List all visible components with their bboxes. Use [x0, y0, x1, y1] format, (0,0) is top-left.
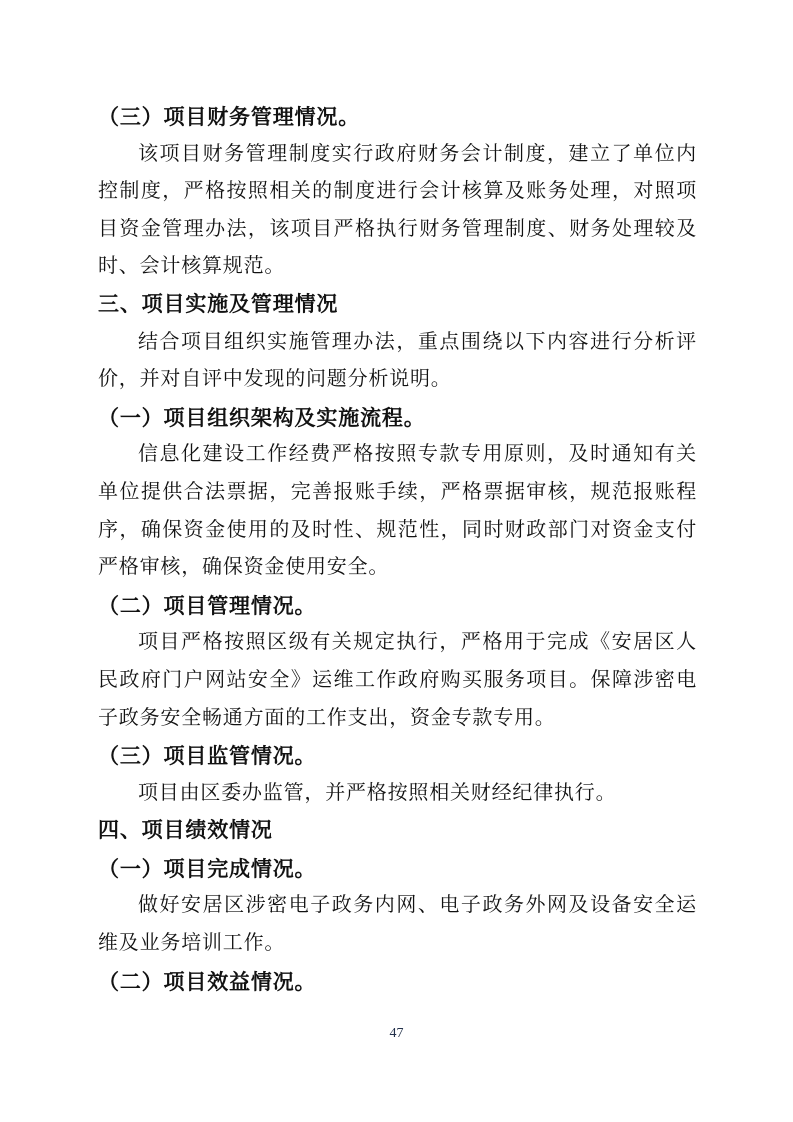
paragraph-org-structure: 信息化建设工作经费严格按照专款专用原则，及时通知有关单位提供合法票据，完善报账手… [98, 436, 697, 586]
page-footer: 47 [0, 1024, 793, 1042]
paragraph-project-management: 项目严格按照区级有关规定执行，严格用于完成《安居区人民政府门户网站安全》运维工作… [98, 624, 697, 737]
paragraph-implementation-intro: 结合项目组织实施管理办法，重点围绕以下内容进行分析评价，并对自评中发现的问题分析… [98, 324, 697, 399]
section-heading-benefit: （二）项目效益情况。 [98, 963, 697, 1001]
paragraph-supervision: 项目由区委办监管，并严格按照相关财经纪律执行。 [98, 775, 697, 813]
page-number: 47 [390, 1026, 404, 1041]
chapter-heading-implementation: 三、项目实施及管理情况 [98, 286, 697, 324]
document-page: （三）项目财务管理情况。 该项目财务管理制度实行政府财务会计制度，建立了单位内控… [0, 0, 793, 1122]
section-heading-org-structure: （一）项目组织架构及实施流程。 [98, 399, 697, 437]
paragraph-completion: 做好安居区涉密电子政务内网、电子政务外网及设备安全运维及业务培训工作。 [98, 887, 697, 962]
section-heading-finance-management: （三）项目财务管理情况。 [98, 98, 697, 136]
section-heading-project-management: （二）项目管理情况。 [98, 587, 697, 625]
chapter-heading-performance: 四、项目绩效情况 [98, 812, 697, 850]
paragraph-finance-management: 该项目财务管理制度实行政府财务会计制度，建立了单位内控制度，严格按照相关的制度进… [98, 136, 697, 286]
section-heading-completion: （一）项目完成情况。 [98, 850, 697, 888]
section-heading-supervision: （三）项目监管情况。 [98, 737, 697, 775]
